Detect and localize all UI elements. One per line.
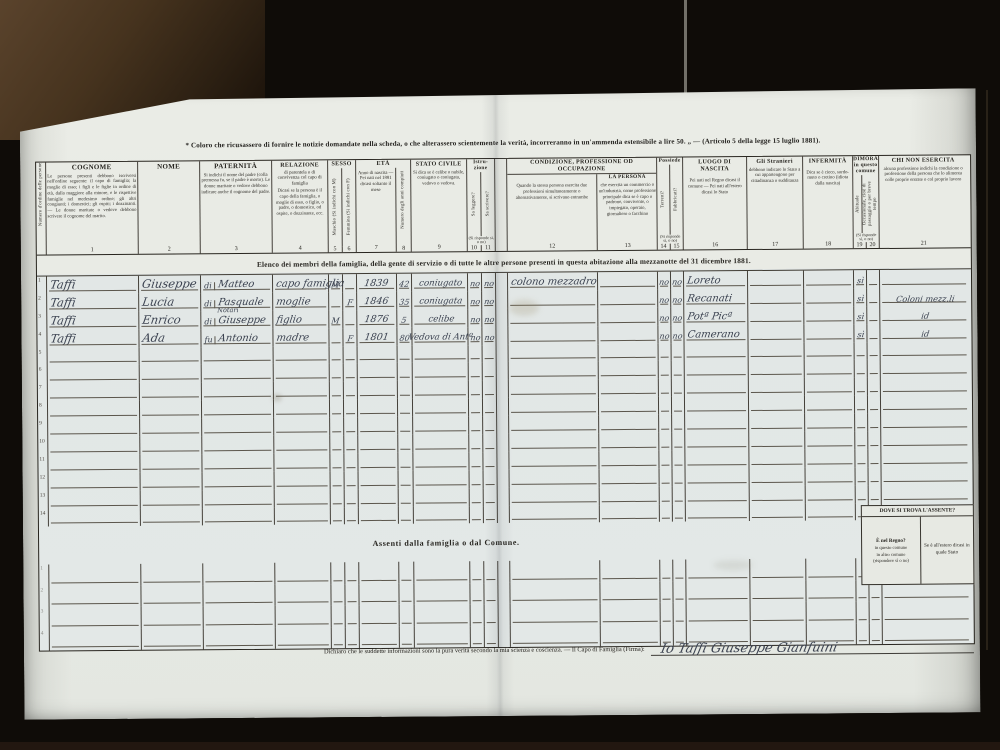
cell-condizione (509, 344, 599, 363)
handwritten-value: F (347, 335, 353, 343)
cell-paternita (203, 472, 275, 490)
cell-sesso-m (330, 382, 344, 400)
handwritten-value: sì (857, 331, 864, 339)
handwritten-value: no (470, 316, 480, 324)
cell-anno-nascita (358, 417, 398, 435)
cell-fold-spacer (497, 452, 509, 470)
handwritten-value: no (659, 296, 669, 304)
cell-possiede-fabbricati: no (671, 307, 684, 325)
cell-sa-leggere (469, 416, 483, 434)
handwritten-value: Taffi (50, 298, 76, 310)
handwritten-value: fuAntonio (204, 333, 258, 343)
row-number: 3 (38, 313, 41, 319)
cell-la-persona (599, 415, 659, 433)
cell-sesso-f (346, 627, 360, 648)
cell-anni-compiuti (399, 506, 414, 524)
fold-spacer-header (495, 159, 508, 251)
col-header-istruzione: Istru- zione Sa leggere? Sa scrivere? (S… (467, 159, 496, 251)
cell-cognome: Taffi (47, 294, 139, 313)
cell-anno-nascita (358, 381, 398, 399)
cell-relazione (275, 584, 331, 606)
cell-sa-leggere (470, 583, 484, 604)
cell-nome: Enrico (139, 311, 201, 329)
femmina-label: Femmina (Si indichi con F) (346, 178, 352, 235)
cell-la-persona (598, 308, 658, 326)
cell-sesso-f: F (343, 328, 357, 346)
cell-anni-compiuti (398, 399, 413, 417)
cell-chi-non-esercita: id (880, 305, 968, 324)
handwritten-value: no (659, 314, 669, 322)
handwritten-value: figlio (276, 315, 302, 325)
cell-possiede-terreni (659, 415, 672, 433)
handwritten-value: Potª Picª (687, 312, 732, 322)
cell-relazione: madre (273, 328, 329, 346)
cell-row-number: 1 (39, 565, 49, 586)
cell-dimora-abituale (855, 449, 868, 467)
cell-sa-leggere: no (468, 309, 482, 327)
cell-sa-leggere (469, 398, 483, 416)
cell-nome (140, 401, 202, 419)
cell-fold-spacer (497, 362, 509, 380)
row-number: 13 (40, 492, 46, 498)
cell-sesso-m (330, 435, 344, 453)
cell-row-number: 3 (40, 608, 50, 629)
cell-sa-scrivere: no (482, 327, 496, 345)
cell-anni-compiuti: 35 (397, 292, 412, 310)
cell-possiede-terreni (660, 468, 673, 486)
cell-sesso-f (343, 310, 357, 328)
cell-stranieri (749, 378, 805, 396)
cell-relazione (274, 346, 330, 364)
cell-fold-spacer (498, 470, 510, 488)
cell-anno-nascita (358, 399, 398, 417)
col-header-condizione: CONDIZIONE, PROFESSIONE OD OCCUPAZIONE Q… (507, 158, 658, 251)
cell-possiede-fabbricati (673, 581, 686, 602)
cell-luogo-nascita (686, 560, 750, 582)
handwritten-value: diMatteo (204, 280, 254, 290)
cell-possiede-fabbricati (672, 397, 685, 415)
cell-la-persona (598, 272, 658, 290)
cell-luogo-nascita: Camerano (684, 325, 748, 343)
cell-nome (140, 365, 202, 383)
col-header-dimora: DIMORA in questo comune Abituale Occasio… (853, 156, 880, 248)
handwritten-value: no (470, 334, 480, 342)
handwritten-value: Taffi (50, 316, 76, 328)
cell-sesso-f (344, 399, 358, 417)
cell-sa-leggere (469, 434, 483, 452)
cell-possiede-fabbricati (673, 486, 686, 504)
col-header-possiede: Possiede Terreni? Fabbricati? (Si rispon… (657, 158, 684, 250)
cell-sa-scrivere (485, 604, 499, 625)
cell-sa-scrivere (484, 583, 498, 604)
cell-row-number: 8 (38, 402, 48, 420)
cell-stato-civile (414, 470, 470, 488)
cell-sa-scrivere (483, 416, 497, 434)
cell-anno-nascita (358, 345, 398, 363)
row-number: 2 (38, 295, 41, 301)
handwritten-value: Taffi (50, 280, 76, 292)
cell-condizione (508, 308, 598, 327)
cell-cognome (49, 473, 141, 492)
cell-fold-spacer (496, 327, 508, 345)
handwritten-value: Loreto (687, 276, 720, 286)
cell-anni-compiuti (398, 345, 413, 363)
cell-paternita: fuAntonio (201, 328, 273, 346)
cell-dimora-occasionale (868, 359, 881, 377)
cell-dimora-abituale: sì (854, 288, 867, 306)
cell-paternita (202, 418, 274, 436)
cell-condizione (511, 603, 601, 625)
cell-luogo-nascita (685, 378, 749, 396)
cell-la-persona (599, 343, 659, 361)
handwritten-value: sì (857, 277, 864, 285)
cell-fold-spacer (497, 398, 509, 416)
cell-sesso-f (344, 435, 358, 453)
cell-condizione (509, 415, 599, 434)
cell-luogo-nascita (686, 486, 750, 504)
cell-sesso-m (330, 417, 344, 435)
cell-relazione (276, 606, 332, 628)
cell-paternita (202, 454, 274, 472)
cell-dimora-occasionale (868, 342, 881, 360)
handwritten-value: no (470, 298, 480, 306)
cell-relazione (274, 417, 330, 435)
cell-sa-leggere: no (468, 273, 482, 291)
cell-dimora-occasionale (867, 288, 880, 306)
handwritten-value: id (921, 330, 929, 338)
cell-relazione: capo famiglia (273, 274, 329, 292)
cell-chi-non-esercita (881, 359, 969, 378)
cell-cognome (48, 455, 140, 474)
cell-stato-civile (414, 506, 470, 524)
cell-cognome (48, 383, 140, 402)
handwritten-value: Enrico (142, 315, 180, 327)
census-table: Numero d'ordine delle persone COGNOME Le… (35, 154, 975, 651)
cell-relazione (274, 453, 330, 471)
cell-stato-civile (414, 562, 470, 584)
cell-anni-compiuti (398, 435, 413, 453)
row-number: 2 (40, 587, 43, 593)
cell-possiede-fabbricati: no (671, 325, 684, 343)
cell-relazione (275, 471, 331, 489)
cell-dimora-occasionale (868, 431, 881, 449)
cell-possiede-fabbricati (672, 415, 685, 433)
row-number: 9 (39, 421, 42, 427)
cell-la-persona (598, 290, 658, 308)
handwritten-value: id (921, 312, 929, 320)
cell-dimora-occasionale (869, 467, 882, 485)
handwritten-value: no (659, 279, 669, 287)
cell-infermita (806, 503, 856, 521)
cell-nome (141, 564, 203, 586)
cell-la-persona (600, 486, 660, 504)
cell-sa-scrivere (483, 452, 497, 470)
cell-stato-civile (413, 434, 469, 452)
row-number: 6 (39, 367, 42, 373)
cell-sesso-f (344, 417, 358, 435)
cell-luogo-nascita (687, 602, 751, 624)
cell-sesso-m (329, 292, 343, 310)
handwritten-value: colono mezzadro (511, 277, 597, 288)
cell-condizione (509, 362, 599, 381)
cell-la-persona (599, 433, 659, 451)
cell-luogo-nascita (685, 360, 749, 378)
cell-luogo-nascita (686, 468, 750, 486)
cell-sa-scrivere (483, 398, 497, 416)
cell-anno-nascita (358, 363, 398, 381)
cell-possiede-terreni (659, 343, 672, 361)
cell-dimora-abituale (857, 623, 870, 644)
cell-possiede-fabbricati (674, 603, 687, 624)
cell-stato-civile (413, 416, 469, 434)
handwritten-value: M (331, 281, 339, 289)
cell-sesso-m (330, 453, 344, 471)
cell-possiede-terreni: no (658, 290, 671, 308)
cell-dimora-occasionale (868, 449, 881, 467)
cell-sa-scrivere (484, 470, 498, 488)
col-header-infermita: INFERMITÀ Dica se è cieco, sordo-muto o … (803, 156, 854, 248)
cell-sa-leggere (469, 380, 483, 398)
cell-paternita (203, 489, 275, 507)
cell-row-number: 4 (40, 629, 50, 650)
cell-fold-spacer (496, 273, 508, 291)
col-header-chi-non-esercita: CHI NON ESERCITA alcuna professione indi… (879, 155, 968, 248)
cell-chi-non-esercita (880, 269, 968, 288)
col-header-stranieri: Gli Stranieri debbono indicare lo Stato … (747, 157, 804, 249)
cell-la-persona (600, 469, 660, 487)
cell-fold-spacer (499, 604, 511, 625)
cell-sesso-m (331, 471, 345, 489)
handwritten-value: no (484, 298, 494, 306)
row-number: 12 (40, 474, 46, 480)
photo-right-seam (986, 90, 988, 650)
handwritten-value: no (470, 280, 480, 288)
cell-nome (142, 607, 204, 629)
terreni-label: Terreni? (660, 191, 665, 208)
cell-sesso-f (344, 364, 358, 382)
cell-anno-nascita (358, 435, 398, 453)
handwritten-value: no (672, 314, 682, 322)
cell-stato-civile (413, 381, 469, 399)
cell-condizione (510, 469, 600, 488)
cell-chi-non-esercita (881, 412, 969, 431)
cell-paternita (203, 507, 275, 525)
cell-cognome (49, 508, 141, 527)
handwritten-value: diGiuseppe (204, 316, 265, 326)
cell-luogo-nascita (685, 414, 749, 432)
col-header-nome: NOME 2 (138, 161, 201, 253)
cell-stranieri (749, 342, 805, 360)
handwritten-value: no (672, 278, 682, 286)
cell-anno-nascita: 1801 (357, 327, 397, 345)
cell-stato-civile (415, 604, 471, 626)
cell-fold-spacer (498, 506, 510, 524)
cell-anni-compiuti (398, 363, 413, 381)
cell-possiede-fabbricati (672, 343, 685, 361)
cell-nome: Giuseppe (139, 275, 201, 293)
cell-dimora-abituale: sì (854, 324, 867, 342)
cell-cognome (48, 401, 140, 420)
cell-sa-leggere (469, 345, 483, 363)
cell-fold-spacer (497, 416, 509, 434)
cell-fold-spacer (497, 380, 509, 398)
occasionale-label: Occasionale, cioè di passaggio o per bre… (863, 175, 879, 233)
cell-row-number: 9 (38, 420, 48, 438)
cell-stato-civile (413, 363, 469, 381)
cell-possiede-fabbricati: no (671, 272, 684, 290)
handwritten-value: no (672, 296, 682, 304)
cell-sesso-m (331, 584, 345, 605)
cell-nome (141, 490, 203, 508)
handwritten-value: Camerano (687, 330, 739, 340)
cell-stranieri (751, 602, 807, 624)
cell-condizione (510, 487, 600, 506)
cell-anni-compiuti (398, 381, 413, 399)
cell-cognome (48, 419, 140, 438)
table-header: Numero d'ordine delle persone COGNOME Le… (36, 155, 971, 255)
row-number: 14 (40, 510, 46, 516)
section-title: Elenco dei membri della famiglia, della … (257, 256, 751, 269)
cell-stato-civile: coniugata (412, 291, 468, 309)
col-header-paternita: PATERNITÀ Si indichi il nome del padre (… (200, 161, 273, 254)
cell-fold-spacer (498, 488, 510, 506)
body-rows: 1TaffiGiuseppediMatteocapo famigliaM1839… (37, 269, 973, 527)
cell-dimora-abituale (855, 395, 868, 413)
col-header-relazione: RELAZIONE di parentela o di convivenza c… (272, 160, 329, 252)
cell-row-number: 1 (37, 277, 47, 295)
cell-paternita: diMatteo (201, 275, 273, 293)
row-number-label: Numero d'ordine delle persone (38, 163, 44, 227)
cell-anni-compiuti (398, 453, 413, 471)
cell-infermita (806, 559, 856, 581)
cell-infermita (804, 306, 854, 324)
cell-possiede-terreni (660, 504, 673, 522)
cell-row-number: 2 (37, 294, 47, 312)
cell-sa-scrivere (484, 561, 498, 582)
cell-infermita (805, 360, 855, 378)
cell-paternita (203, 585, 275, 607)
handwritten-value: 1846 (365, 297, 389, 307)
cell-dimora-abituale: sì (854, 270, 867, 288)
row-number: 5 (39, 349, 42, 355)
cell-sesso-f: F (343, 292, 357, 310)
absent-box-estero-cell: Se è all'estero dicasi in quale Stato (920, 516, 973, 583)
cell-stranieri (749, 450, 805, 468)
cell-row-number: 3 (37, 312, 47, 330)
cell-stato-civile: coniugato (412, 273, 468, 291)
cell-stranieri (748, 271, 804, 289)
census-sheet: * Coloro che ricusassero di fornire le n… (20, 88, 981, 719)
cell-stranieri (750, 485, 806, 503)
handwritten-value: sì (857, 313, 864, 321)
handwritten-value: moglie (276, 297, 310, 307)
cell-cognome (49, 564, 141, 586)
backing-paper-edge (684, 0, 687, 94)
cell-sesso-m (331, 507, 345, 525)
cell-infermita (805, 449, 855, 467)
cell-sa-scrivere (484, 488, 498, 506)
cell-stato-civile: celibe (412, 309, 468, 327)
cell-anni-compiuti (398, 417, 413, 435)
cell-fold-spacer (497, 344, 509, 362)
handwritten-value: no (484, 334, 494, 342)
cell-stranieri (749, 432, 805, 450)
absent-box-regno-cell: È nel Regno? in questo comune in altro c… (862, 517, 921, 584)
cell-infermita (805, 342, 855, 360)
cell-stato-civile (413, 345, 469, 363)
cell-dimora-abituale (855, 360, 868, 378)
cell-la-persona (600, 582, 660, 604)
cell-relazione (275, 489, 331, 507)
cell-dimora-abituale (857, 601, 870, 622)
handwritten-value: Giuseppe (142, 279, 197, 291)
cell-possiede-terreni: no (658, 272, 671, 290)
handwritten-value: 1801 (365, 333, 389, 343)
cell-anni-compiuti (399, 562, 414, 584)
cell-chi-non-esercita: Coloni mezz.li (880, 287, 968, 306)
cell-condizione (509, 397, 599, 416)
cell-sa-scrivere (483, 345, 497, 363)
cell-sesso-m (329, 328, 343, 346)
cell-relazione (275, 563, 331, 585)
cell-stato-civile (413, 398, 469, 416)
cell-cognome (50, 628, 142, 650)
cell-sa-scrivere (483, 434, 497, 452)
cell-chi-non-esercita (881, 395, 969, 414)
cell-dimora-abituale (855, 413, 868, 431)
cell-anno-nascita (360, 605, 400, 627)
cell-chi-non-esercita (881, 430, 969, 449)
cell-sa-leggere (471, 626, 485, 647)
row-number: 3 (41, 609, 44, 615)
cell-chi-non-esercita (882, 466, 970, 485)
handwritten-value: no (484, 316, 494, 324)
cell-infermita (806, 485, 856, 503)
cell-possiede-fabbricati (673, 468, 686, 486)
cell-anni-compiuti: 42 (397, 274, 412, 292)
cell-sa-scrivere: no (482, 291, 496, 309)
cell-anno-nascita (359, 471, 399, 489)
cell-fold-spacer (496, 291, 508, 309)
cell-nome: Ada (139, 329, 201, 347)
cell-sesso-f (344, 346, 358, 364)
cell-possiede-terreni (660, 582, 673, 603)
cell-sa-scrivere (484, 506, 498, 524)
cell-chi-non-esercita (881, 448, 969, 467)
cell-possiede-fabbricati (673, 560, 686, 581)
cell-sa-scrivere: no (482, 309, 496, 327)
cell-condizione (510, 505, 600, 524)
cell-sa-leggere (470, 562, 484, 583)
anno-nascita-note: Anno di nascita — Pei nati nel 1881 dica… (357, 170, 394, 193)
cell-condizione (509, 433, 599, 452)
cell-sa-leggere (470, 470, 484, 488)
handwritten-value: 42 (399, 281, 409, 289)
cell-la-persona (601, 603, 661, 625)
cell-sesso-m (330, 346, 344, 364)
cell-sesso-f (343, 274, 357, 292)
cell-cognome: Taffi (47, 276, 139, 295)
cell-la-persona (599, 451, 659, 469)
cell-sesso-f (344, 453, 358, 471)
cell-paternita (204, 627, 276, 649)
cell-sesso-f (345, 471, 359, 489)
cell-stranieri (750, 467, 806, 485)
cell-stranieri (748, 324, 804, 342)
handwritten-value: M (332, 317, 340, 325)
cell-cognome (48, 347, 140, 366)
cell-possiede-fabbricati: no (671, 289, 684, 307)
